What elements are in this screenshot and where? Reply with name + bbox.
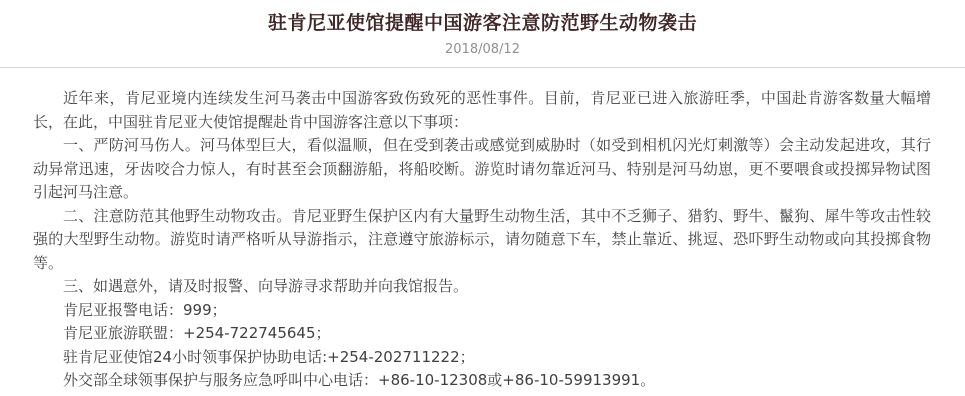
paragraph-item-2: 二、注意防范其他野生动物攻击。肯尼亚野生保护区内有大量野生动物生活，其中不乏狮子… [33,205,931,276]
paragraph-tourism-federation-phone: 肯尼亚旅游联盟：+254-722745645； [33,322,931,346]
publish-date: 2018/08/12 [0,42,965,57]
paragraph-item-3: 三、如遇意外，请及时报警、向导游寻求帮助并向我馆报告。 [33,275,931,299]
paragraph-intro: 近年来，肯尼亚境内连续发生河马袭击中国游客致伤致死的恶性事件。目前，肯尼亚已进入… [33,87,931,134]
article-body: 近年来，肯尼亚境内连续发生河马袭击中国游客致伤致死的恶性事件。目前，肯尼亚已进入… [0,76,965,393]
paragraph-item-1: 一、严防河马伤人。河马体型巨大，看似温顺，但在受到袭击或感觉到威胁时（如受到相机… [33,134,931,205]
paragraph-mfa-hotline: 外交部全球领事保护与服务应急呼叫中心电话：+86-10-12308或+86-10… [33,369,931,393]
paragraph-police-phone: 肯尼亚报警电话：999； [33,299,931,323]
notice-page: 驻肯尼亚使馆提醒中国游客注意防范野生动物袭击 2018/08/12 近年来，肯尼… [0,0,965,396]
paragraph-embassy-hotline: 驻肯尼亚使馆24小时领事保护协助电话:+254-202711222； [33,346,931,370]
page-title: 驻肯尼亚使馆提醒中国游客注意防范野生动物袭击 [0,12,965,34]
document-header: 驻肯尼亚使馆提醒中国游客注意防范野生动物袭击 2018/08/12 [0,0,965,57]
header-divider [0,67,965,68]
